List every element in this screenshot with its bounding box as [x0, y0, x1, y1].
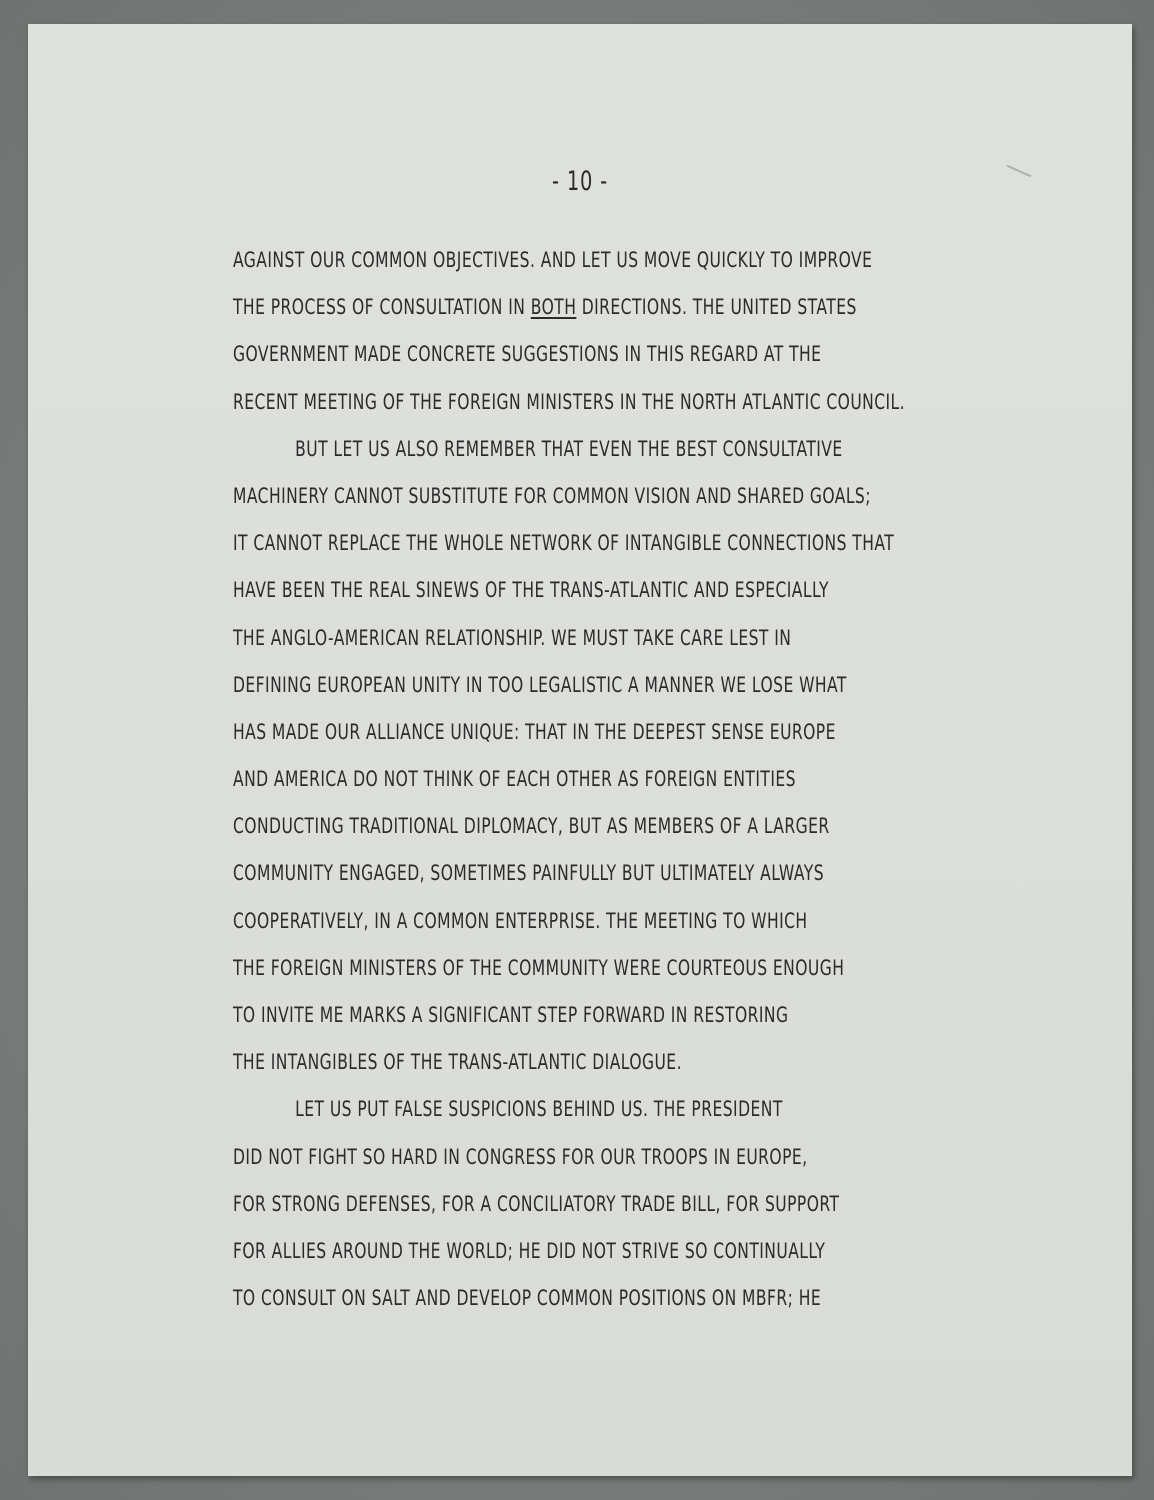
text-line: AGAINST OUR COMMON OBJECTIVES. AND LET U…	[233, 237, 855, 284]
text-line: MACHINERY CANNOT SUBSTITUTE FOR COMMON V…	[233, 473, 855, 520]
text-line: THE FOREIGN MINISTERS OF THE COMMUNITY W…	[233, 945, 855, 992]
text-line: FOR ALLIES AROUND THE WORLD; HE DID NOT …	[233, 1228, 855, 1275]
text-span: DIRECTIONS. THE UNITED STATES	[576, 295, 856, 319]
text-span: THE PROCESS OF CONSULTATION IN	[233, 295, 531, 319]
paragraph-first-line: BUT LET US ALSO REMEMBER THAT EVEN THE B…	[233, 426, 855, 473]
text-line: THE INTANGIBLES OF THE TRANS-ATLANTIC DI…	[233, 1039, 855, 1086]
text-line: THE ANGLO-AMERICAN RELATIONSHIP. WE MUST…	[233, 615, 855, 662]
text-line: RECENT MEETING OF THE FOREIGN MINISTERS …	[233, 379, 855, 426]
text-line: CONDUCTING TRADITIONAL DIPLOMACY, BUT AS…	[233, 803, 855, 850]
text-line: FOR STRONG DEFENSES, FOR A CONCILIATORY …	[233, 1181, 855, 1228]
text-line: TO INVITE ME MARKS A SIGNIFICANT STEP FO…	[233, 992, 855, 1039]
text-line: TO CONSULT ON SALT AND DEVELOP COMMON PO…	[233, 1275, 855, 1322]
text-line: AND AMERICA DO NOT THINK OF EACH OTHER A…	[233, 756, 855, 803]
text-line: HAVE BEEN THE REAL SINEWS OF THE TRANS-A…	[233, 567, 855, 614]
text-line: THE PROCESS OF CONSULTATION IN BOTH DIRE…	[233, 284, 855, 331]
text-line: IT CANNOT REPLACE THE WHOLE NETWORK OF I…	[233, 520, 855, 567]
text-line: COMMUNITY ENGAGED, SOMETIMES PAINFULLY B…	[233, 850, 855, 897]
underlined-word: BOTH	[531, 295, 577, 319]
document-body: AGAINST OUR COMMON OBJECTIVES. AND LET U…	[233, 237, 1073, 1322]
text-line: DEFINING EUROPEAN UNITY IN TOO LEGALISTI…	[233, 662, 855, 709]
text-line: GOVERNMENT MADE CONCRETE SUGGESTIONS IN …	[233, 331, 855, 378]
text-line: HAS MADE OUR ALLIANCE UNIQUE: THAT IN TH…	[233, 709, 855, 756]
paragraph-first-line: LET US PUT FALSE SUSPICIONS BEHIND US. T…	[233, 1086, 855, 1133]
page-number: - 10 -	[138, 166, 1021, 197]
text-line: DID NOT FIGHT SO HARD IN CONGRESS FOR OU…	[233, 1134, 855, 1181]
text-line: COOPERATIVELY, IN A COMMON ENTERPRISE. T…	[233, 898, 855, 945]
document-page: - 10 - AGAINST OUR COMMON OBJECTIVES. AN…	[28, 24, 1132, 1476]
